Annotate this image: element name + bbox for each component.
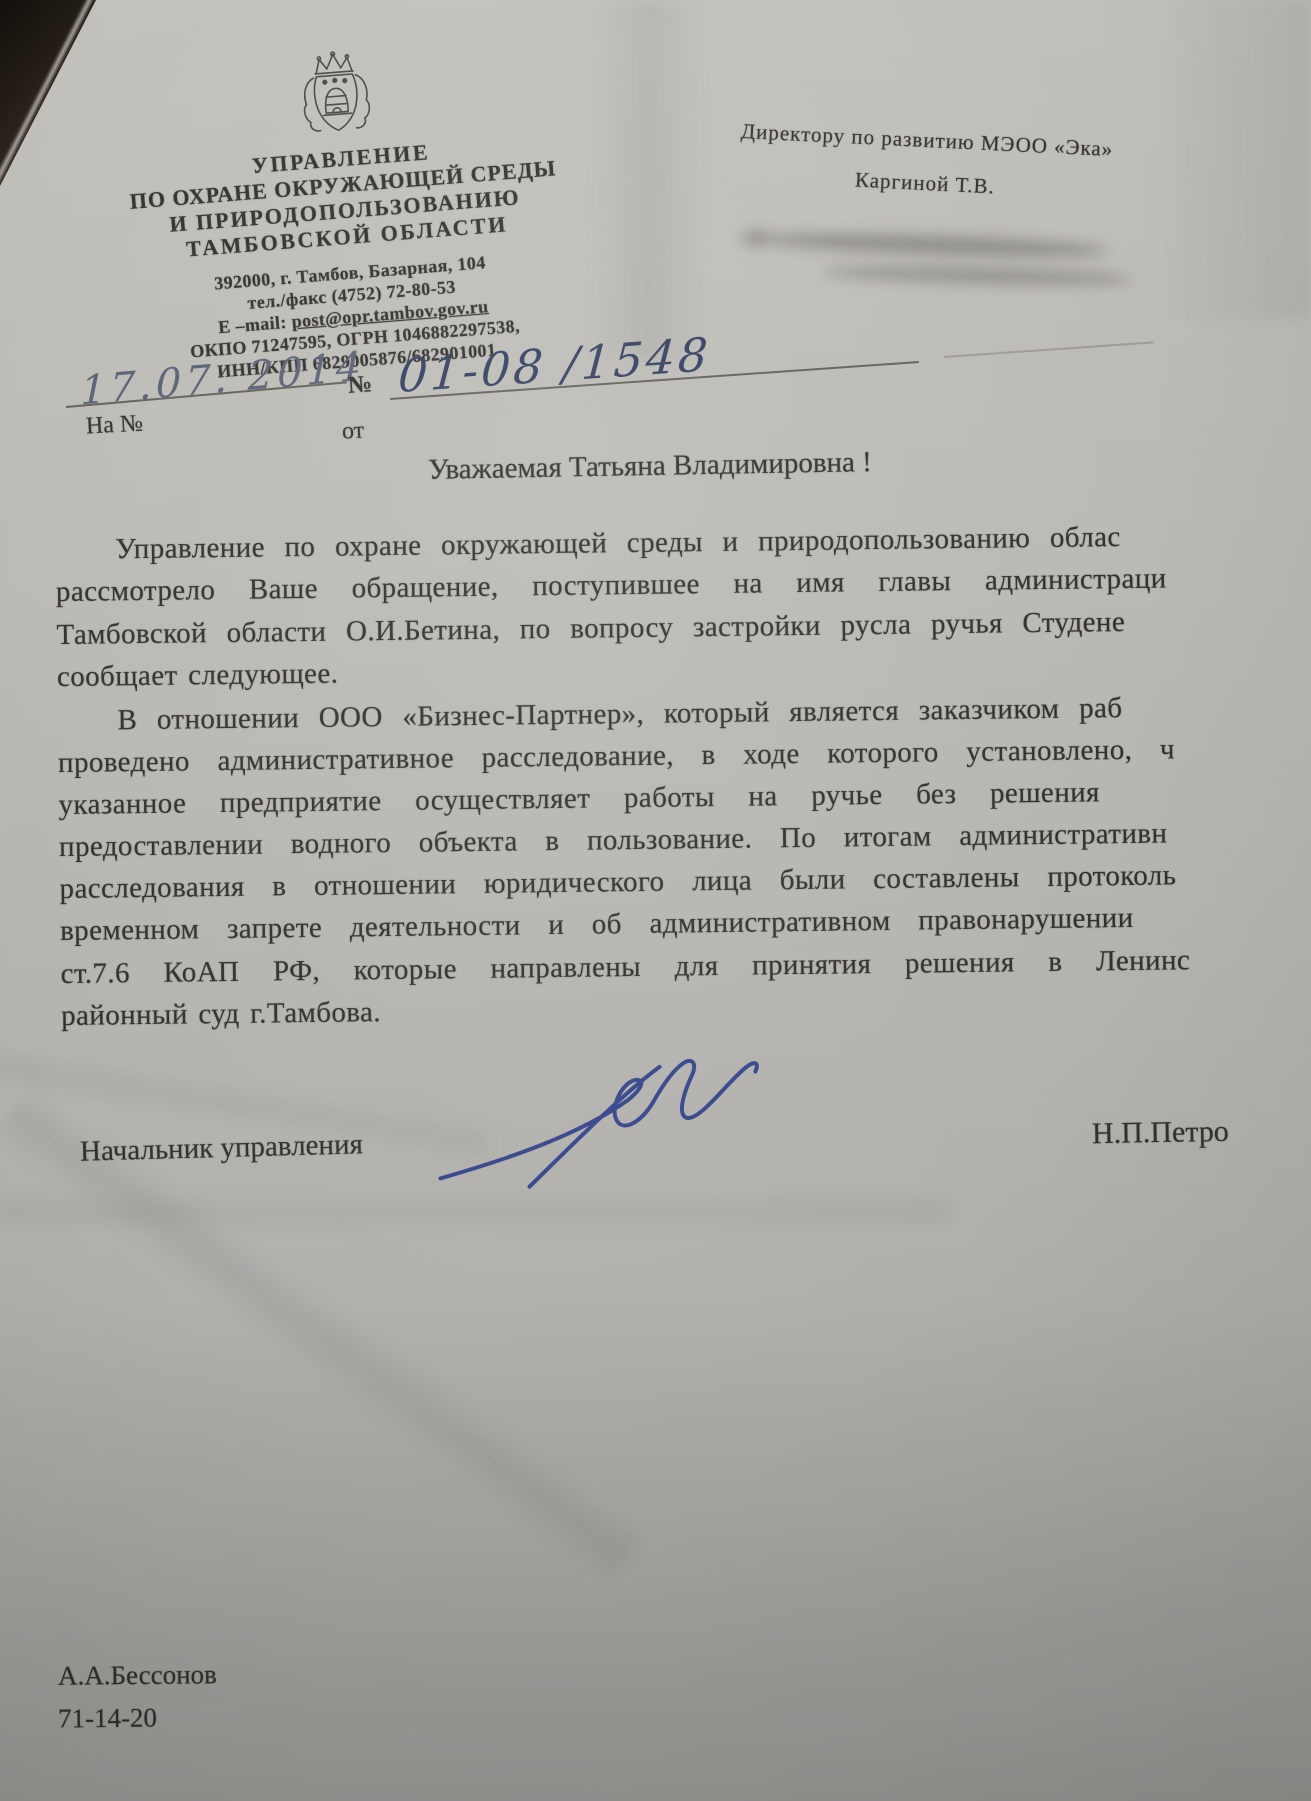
letter-photo: УПРАВЛЕНИЕ ПО ОХРАНЕ ОКРУЖАЮЩЕЙ СРЕДЫ И …	[0, 0, 1311, 1801]
executor-name: А.А.Бессонов	[58, 1659, 217, 1691]
body-line: сообщает следующее.	[57, 658, 339, 694]
body-line: проведено административное расследование…	[58, 733, 1175, 780]
executor-phone: 71-14-20	[58, 1703, 157, 1735]
body-line: Управление по охране окружающей среды и …	[115, 521, 1121, 566]
handwritten-signature-icon	[422, 1025, 785, 1215]
body-line: указанное предприятие осуществляет работ…	[58, 776, 1100, 822]
body-line: В отношении ООО «Бизнес-Партнер», которы…	[117, 692, 1122, 737]
body-line: ст.7.6 КоАП РФ, которые направлены для п…	[60, 944, 1190, 991]
body-line: расследования в отношении юридического л…	[59, 859, 1176, 906]
body-line: временном запрете деятельности и об адми…	[60, 902, 1134, 948]
body-text: Управление по охране окружающей среды и …	[0, 0, 1311, 1801]
body-line: районный суд г.Тамбова.	[61, 996, 381, 1033]
body-line: Тамбовской области О.И.Бетина, по вопрос…	[56, 606, 1125, 652]
signer-name: Н.П.Петро	[1092, 1115, 1229, 1151]
body-line: рассмотрело Ваше обращение, поступившее …	[56, 562, 1167, 609]
body-line: предоставлении водного объекта в пользов…	[59, 817, 1168, 864]
